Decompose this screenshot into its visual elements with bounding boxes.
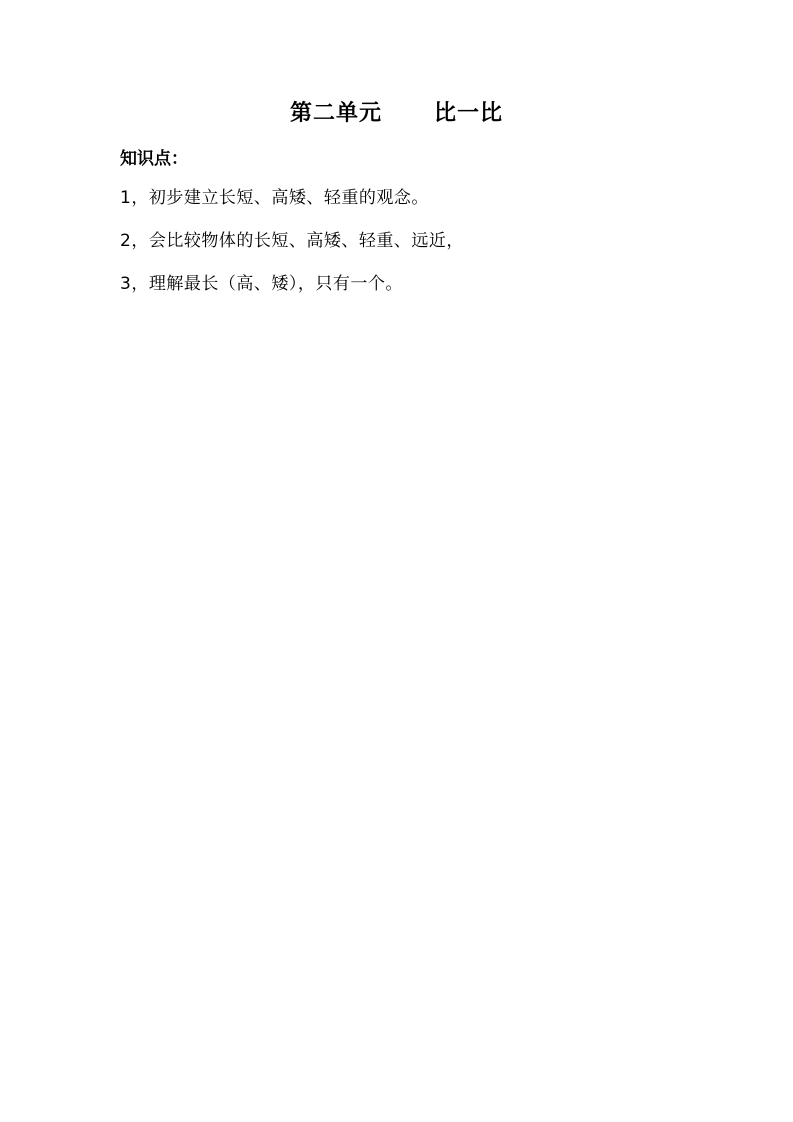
knowledge-point-3: 3，理解最长（高、矮），只有一个。 (120, 274, 403, 295)
knowledge-point-1: 1，初步建立长短、高矮、轻重的观念。 (120, 188, 429, 209)
document-page: 第二单元 比一比 知识点： 1，初步建立长短、高矮、轻重的观念。 2，会比较物体… (0, 0, 793, 1122)
page-title-unit: 第二单元 (290, 101, 382, 127)
page-title-topic: 比一比 (434, 101, 503, 127)
knowledge-point-2: 2，会比较物体的长短、高矮、轻重、远近， (120, 231, 464, 252)
page-title: 第二单元 比一比 (0, 101, 793, 127)
knowledge-points-heading: 知识点： (120, 149, 188, 169)
